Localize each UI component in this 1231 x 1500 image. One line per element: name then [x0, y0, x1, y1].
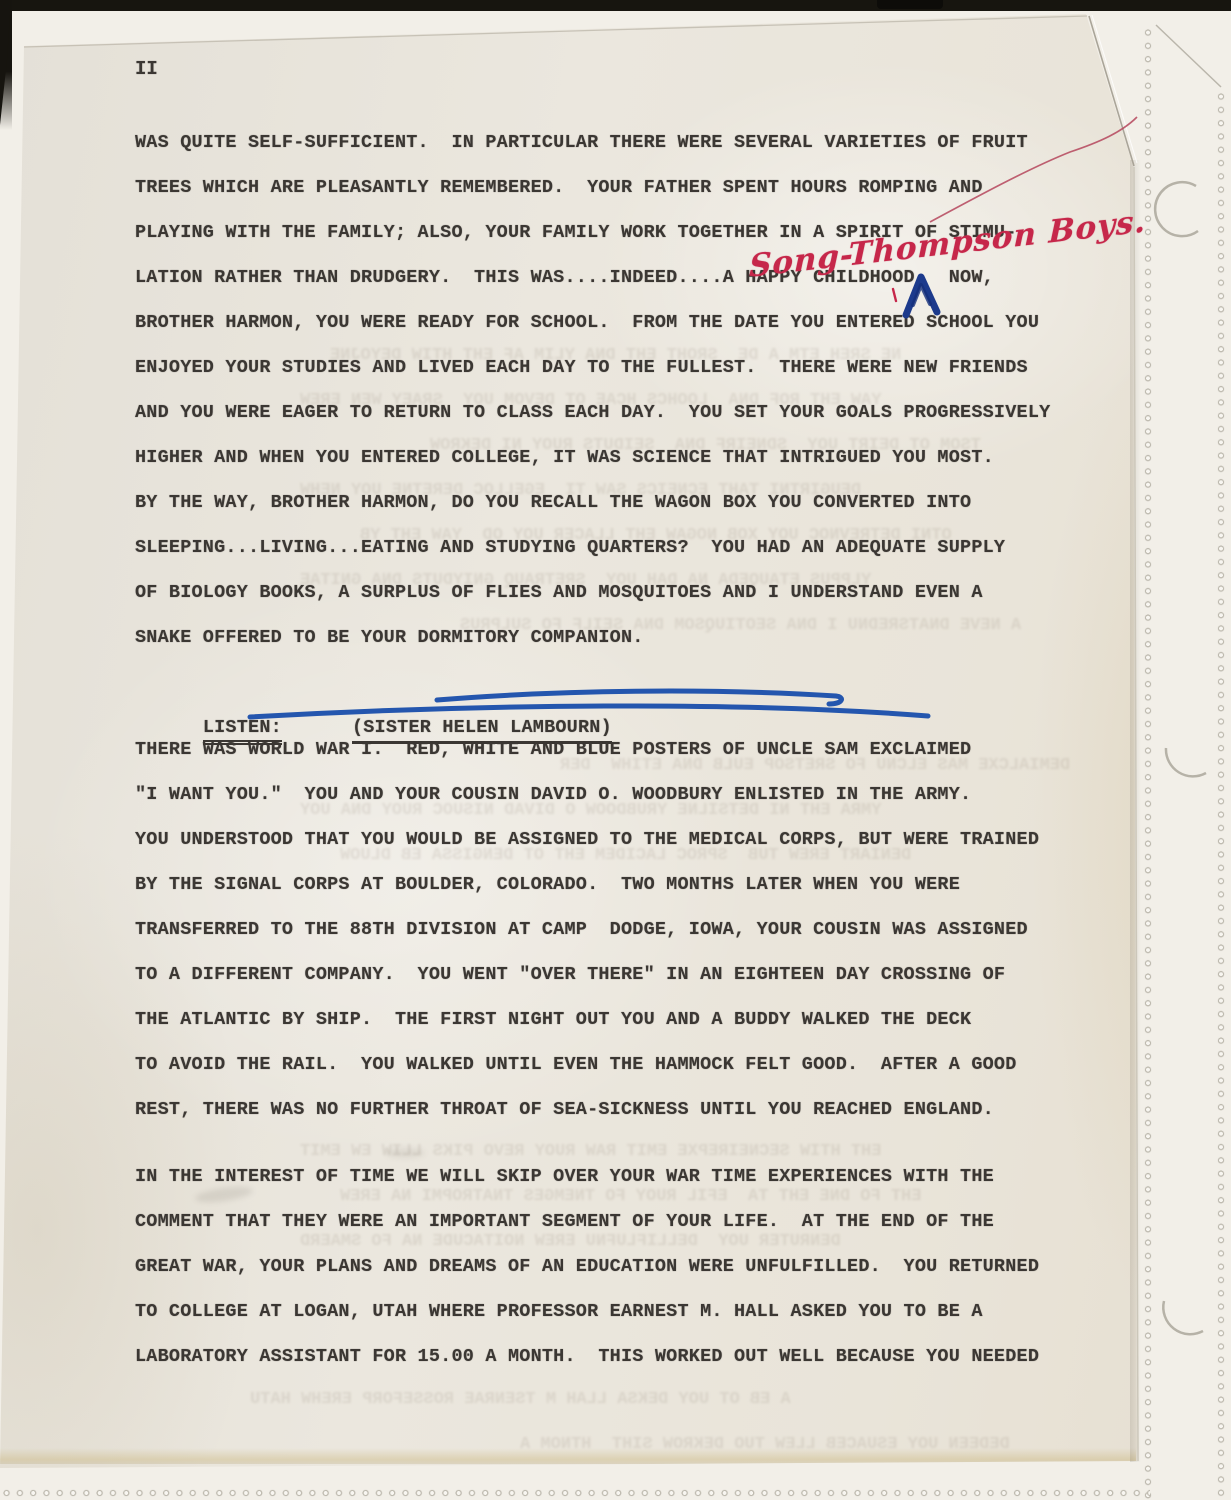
typed-line: TO A DIFFERENT COMPANY. YOU WENT "OVER T… [135, 952, 1095, 997]
typed-line: TO AVOID THE RAIL. YOU WALKED UNTIL EVEN… [135, 1042, 1095, 1087]
typed-line: BROTHER HARMON, YOU WERE READY FOR SCHOO… [135, 300, 1095, 345]
typed-line: SLEEPING...LIVING...EATING AND STUDYING … [135, 525, 1095, 570]
typed-line: LABORATORY ASSISTANT FOR 15.00 A MONTH. … [135, 1334, 1095, 1379]
typed-line: IN THE INTEREST OF TIME WE WILL SKIP OVE… [135, 1154, 1095, 1199]
page-number: II [135, 58, 158, 80]
typed-line: TRANSFERRED TO THE 88TH DIVISION AT CAMP… [135, 907, 1095, 952]
typed-line: OF BIOLOGY BOOKS, A SURPLUS OF FLIES AND… [135, 570, 1095, 615]
typed-line: SNAKE OFFERED TO BE YOUR DORMITORY COMPA… [135, 615, 1095, 660]
perforated-edge-bottom [0, 1484, 1150, 1500]
typed-line: AND YOU WERE EAGER TO RETURN TO CLASS EA… [135, 390, 1095, 435]
scanned-typescript-page: NE SREH ETM A DE SROHT EHT DNA YLIM AF E… [0, 0, 1231, 1500]
paragraph-gap [135, 1132, 1095, 1154]
typed-line: HIGHER AND WHEN YOU ENTERED COLLEGE, IT … [135, 435, 1095, 480]
scanner-edge-artifact [877, 0, 943, 9]
typed-line: BY THE WAY, BROTHER HARMON, DO YOU RECAL… [135, 480, 1095, 525]
typed-line: REST, THERE WAS NO FURTHER THROAT OF SEA… [135, 1087, 1095, 1132]
listen-line: LISTEN:(SISTER HELEN LAMBOURN) [135, 660, 1095, 705]
scanner-corner-shadow [0, 0, 12, 130]
perforated-edge-right [1139, 26, 1158, 1500]
bleedthrough-line: A EB OT UOY DEKSA LLAH M TSENRAE ROSSEFO… [250, 1390, 791, 1409]
perforated-edge-far-right [1212, 90, 1231, 1500]
typed-line: COMMENT THAT THEY WERE AN IMPORTANT SEGM… [135, 1199, 1095, 1244]
typed-line: "I WANT YOU." YOU AND YOUR COUSIN DAVID … [135, 772, 1095, 817]
bleedthrough-line: DEDEEN UOY ESUACEB LLEW TUO DEKROW SIHT … [520, 1435, 1010, 1454]
typed-line: TO COLLEGE AT LOGAN, UTAH WHERE PROFESSO… [135, 1289, 1095, 1334]
typed-line: THERE WAS WORLD WAR I. RED, WHITE AND BL… [135, 727, 1095, 772]
typed-line: GREAT WAR, YOUR PLANS AND DREAMS OF AN E… [135, 1244, 1095, 1289]
typed-line: THE ATLANTIC BY SHIP. THE FIRST NIGHT OU… [135, 997, 1095, 1042]
typed-body: WAS QUITE SELF-SUFFICIENT. IN PARTICULAR… [135, 120, 1095, 1379]
typed-line: WAS QUITE SELF-SUFFICIENT. IN PARTICULAR… [135, 120, 1095, 165]
typed-line: YOU UNDERSTOOD THAT YOU WOULD BE ASSIGNE… [135, 817, 1095, 862]
typed-line: TREES WHICH ARE PLEASANTLY REMEMBERED. Y… [135, 165, 1095, 210]
typed-line: ENJOYED YOUR STUDIES AND LIVED EACH DAY … [135, 345, 1095, 390]
typed-line: BY THE SIGNAL CORPS AT BOULDER, COLORADO… [135, 862, 1095, 907]
typed-line: LATION RATHER THAN DRUDGERY. THIS WAS...… [135, 255, 1095, 300]
